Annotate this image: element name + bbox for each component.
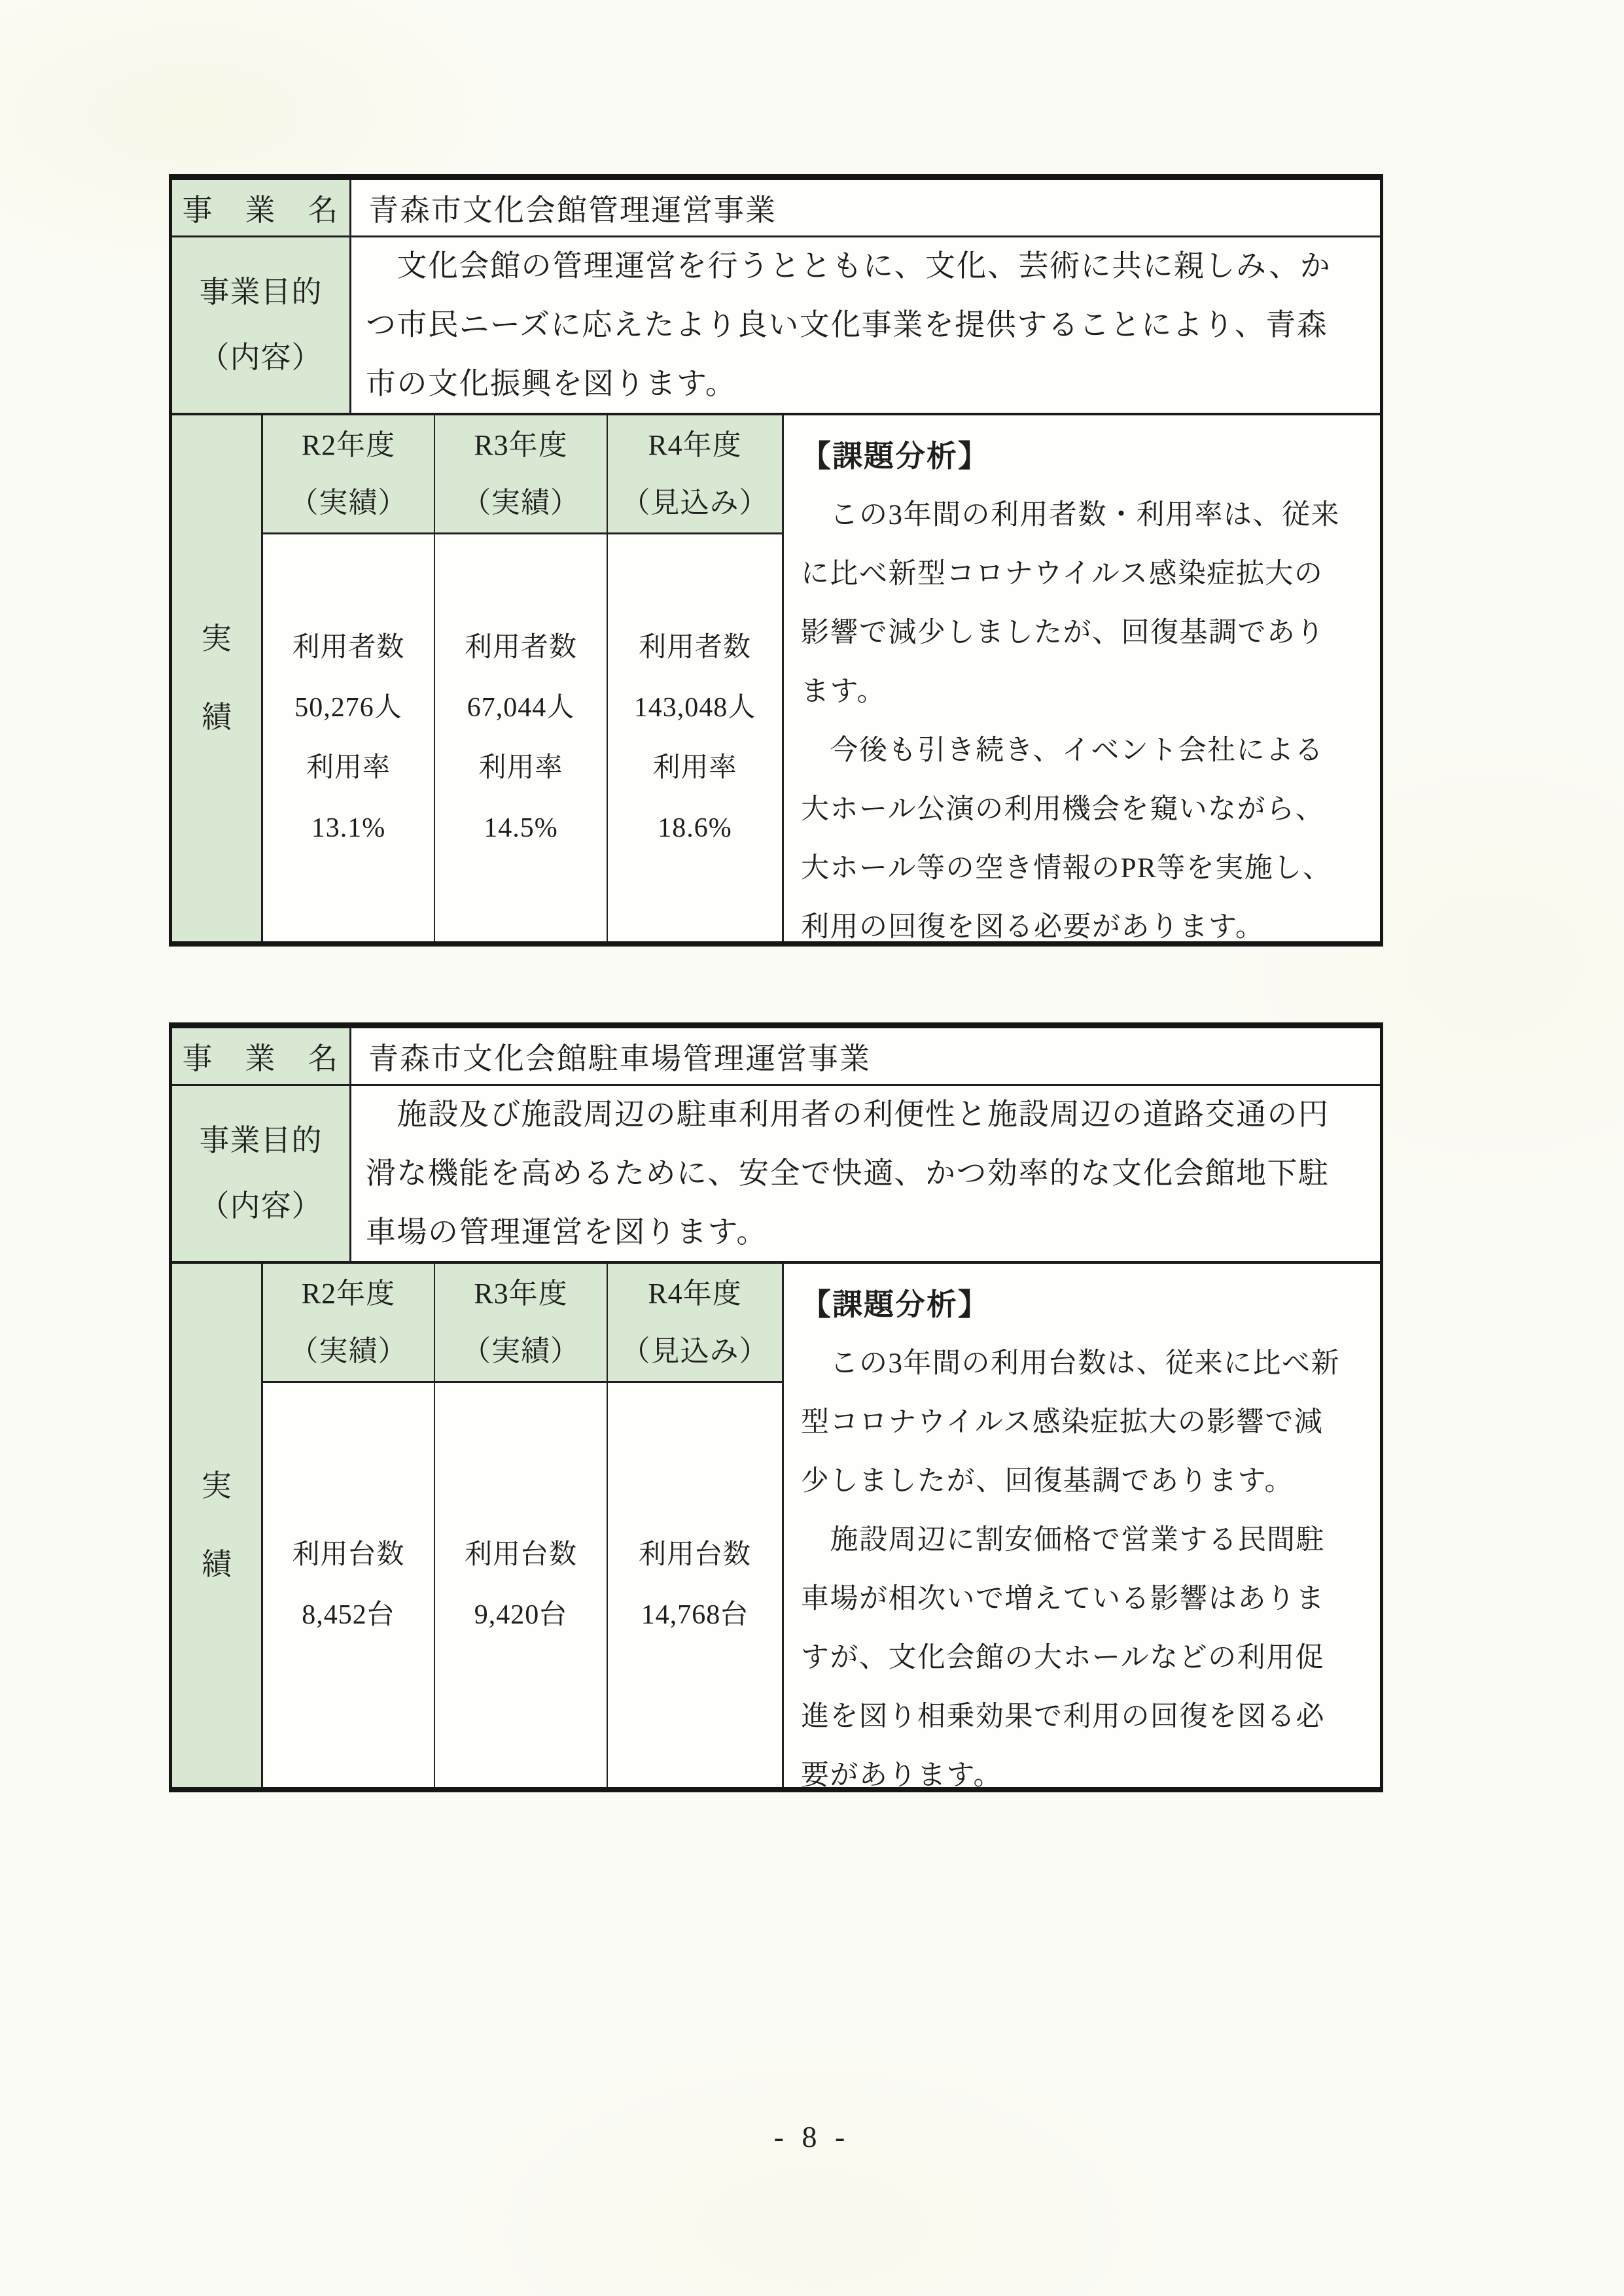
analysis-cell: 【課題分析】 この3年間の利用台数は、従来に比べ新 型コロナウイルス感染症拡大の… [784,1264,1380,1787]
page-number: - 8 - [0,2119,1624,2154]
project-purpose-header-cell: 事業目的 （内容） [172,1086,351,1264]
year-label: R2年度 [302,1265,395,1323]
metrics-cell-r4: 利用者数 143,048人 利用率 18.6% [608,534,784,941]
year-header-r4: R4年度 （見込み） [608,415,784,534]
project-table-culture-hall: 事 業 名 青森市文化会館管理運営事業 事業目的 （内容） 文化会館の管理運営を… [169,174,1383,947]
analysis-text: この3年間の利用者数・利用率は、従来 に比べ新型コロナウイルス感染症拡大の 影響… [801,486,1368,957]
year-header-r3: R3年度 （実績） [435,415,608,534]
year-header-r2: R2年度 （実績） [263,1264,435,1383]
metrics-cell-r4: 利用台数 14,768台 [608,1383,784,1787]
project-purpose-row: 事業目的 （内容） 文化会館の管理運営を行うとともに、文化、芸術に共に親しみ、か… [172,237,1380,415]
metrics-cell-r3: 利用台数 9,420台 [435,1383,608,1787]
project-name-row: 事 業 名 青森市文化会館駐車場管理運営事業 [172,1028,1380,1086]
project-table-parking: 事 業 名 青森市文化会館駐車場管理運営事業 事業目的 （内容） 施設及び施設周… [169,1022,1383,1792]
metrics-cell-r2: 利用者数 50,276人 利用率 13.1% [263,534,435,941]
project-purpose-row: 事業目的 （内容） 施設及び施設周辺の駐車利用者の利便性と施設周辺の道路交通の円… [172,1086,1380,1264]
analysis-heading: 【課題分析】 [801,1274,1368,1334]
results-section: 実 績 R2年度 （実績） R3年度 （実績） R4年度 （見込み） 利用台数 … [172,1264,1380,1787]
analysis-cell: 【課題分析】 この3年間の利用者数・利用率は、従来 に比べ新型コロナウイルス感染… [784,415,1380,941]
metrics-cell-r3: 利用者数 67,044人 利用率 14.5% [435,534,608,941]
results-section: 実 績 R2年度 （実績） R3年度 （実績） R4年度 （見込み） 利用者数 … [172,415,1380,941]
analysis-heading: 【課題分析】 [801,426,1368,486]
project-name-label: 事 業 名 [183,186,340,230]
year-type-label: （実績） [462,474,580,532]
year-label: R3年度 [474,417,567,474]
year-label: R4年度 [648,417,741,474]
project-name-value: 青森市文化会館駐車場管理運営事業 [351,1028,1380,1086]
year-header-r2: R2年度 （実績） [263,415,435,534]
project-name-label: 事 業 名 [183,1035,340,1078]
year-label: R2年度 [302,417,395,474]
year-header-r4: R4年度 （見込み） [608,1264,784,1383]
year-type-label: （見込み） [622,474,769,532]
results-vertical-label: 実 績 [172,415,263,941]
project-name-value: 青森市文化会館管理運営事業 [351,180,1380,237]
project-purpose-label: 事業目的 （内容） [200,260,323,391]
year-label: R3年度 [474,1265,567,1323]
year-label: R4年度 [648,1265,741,1323]
scanned-document-page: 事 業 名 青森市文化会館管理運営事業 事業目的 （内容） 文化会館の管理運営を… [0,0,1624,2296]
analysis-text: この3年間の利用台数は、従来に比べ新 型コロナウイルス感染症拡大の影響で減 少し… [801,1334,1368,1805]
metrics-cell-r2: 利用台数 8,452台 [263,1383,435,1787]
results-vertical-label: 実 績 [172,1264,263,1787]
project-name-header-cell: 事 業 名 [172,180,351,237]
project-purpose-text: 文化会館の管理運営を行うとともに、文化、芸術に共に親しみ、か つ市民ニーズに応え… [351,237,1380,415]
year-header-r3: R3年度 （実績） [435,1264,608,1383]
year-type-label: （見込み） [622,1323,769,1380]
project-purpose-label: 事業目的 （内容） [200,1108,323,1239]
project-purpose-text: 施設及び施設周辺の駐車利用者の利便性と施設周辺の道路交通の円 滑な機能を高めるた… [351,1086,1380,1264]
year-type-label: （実績） [290,1323,408,1380]
year-type-label: （実績） [290,474,408,532]
project-purpose-header-cell: 事業目的 （内容） [172,237,351,415]
results-label-text: 実 績 [202,600,232,757]
year-type-label: （実績） [462,1323,580,1380]
results-label-text: 実 績 [202,1447,232,1604]
project-name-row: 事 業 名 青森市文化会館管理運営事業 [172,180,1380,237]
project-name-header-cell: 事 業 名 [172,1028,351,1086]
